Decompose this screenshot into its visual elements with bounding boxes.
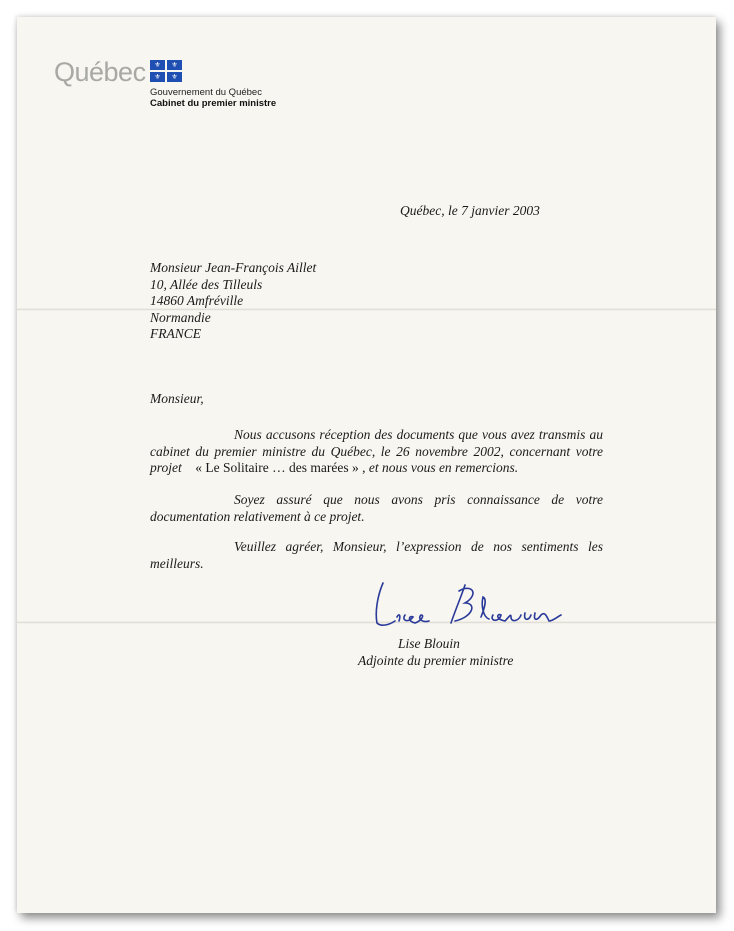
paragraph-3-text: Veuillez agréer, Monsieur, l’expression … — [150, 539, 603, 571]
paragraph-3: Veuillez agréer, Monsieur, l’expression … — [150, 539, 603, 572]
paragraph-1-end: et nous vous en remercions. — [369, 460, 518, 475]
fold-line — [17, 621, 716, 624]
paragraph-2: Soyez assuré que nous avons pris connais… — [150, 492, 603, 525]
recipient-city: 14860 Amfréville — [150, 293, 316, 310]
government-name: Gouvernement du Québec — [150, 87, 276, 98]
quebec-flag-icon: ⚜⚜⚜⚜ — [150, 60, 182, 82]
recipient-street: 10, Allée des Tilleuls — [150, 277, 316, 294]
office-name: Cabinet du premier ministre — [150, 98, 276, 109]
recipient-region: Normandie — [150, 310, 316, 327]
letterhead-text: Gouvernement du Québec Cabinet du premie… — [150, 87, 276, 109]
paragraph-1: Nous accusons réception des documents qu… — [150, 427, 603, 477]
recipient-name: Monsieur Jean-François Aillet — [150, 260, 316, 277]
salutation: Monsieur, — [150, 391, 204, 407]
letter-page: Québec ⚜⚜⚜⚜ Gouvernement du Québec Cabin… — [17, 17, 716, 913]
quebec-logo-wordmark: Québec — [54, 57, 146, 88]
handwritten-signature — [369, 577, 569, 633]
fold-line — [17, 308, 716, 311]
paragraph-2-text: Soyez assuré que nous avons pris connais… — [150, 492, 603, 524]
date-line: Québec, le 7 janvier 2003 — [400, 203, 540, 219]
signer-name: Lise Blouin — [398, 636, 460, 652]
recipient-country: FRANCE — [150, 326, 316, 343]
signer-title: Adjointe du premier ministre — [358, 653, 513, 669]
project-title: « Le Solitaire … des marées » , — [195, 460, 365, 475]
recipient-address: Monsieur Jean-François Aillet 10, Allée … — [150, 260, 316, 343]
